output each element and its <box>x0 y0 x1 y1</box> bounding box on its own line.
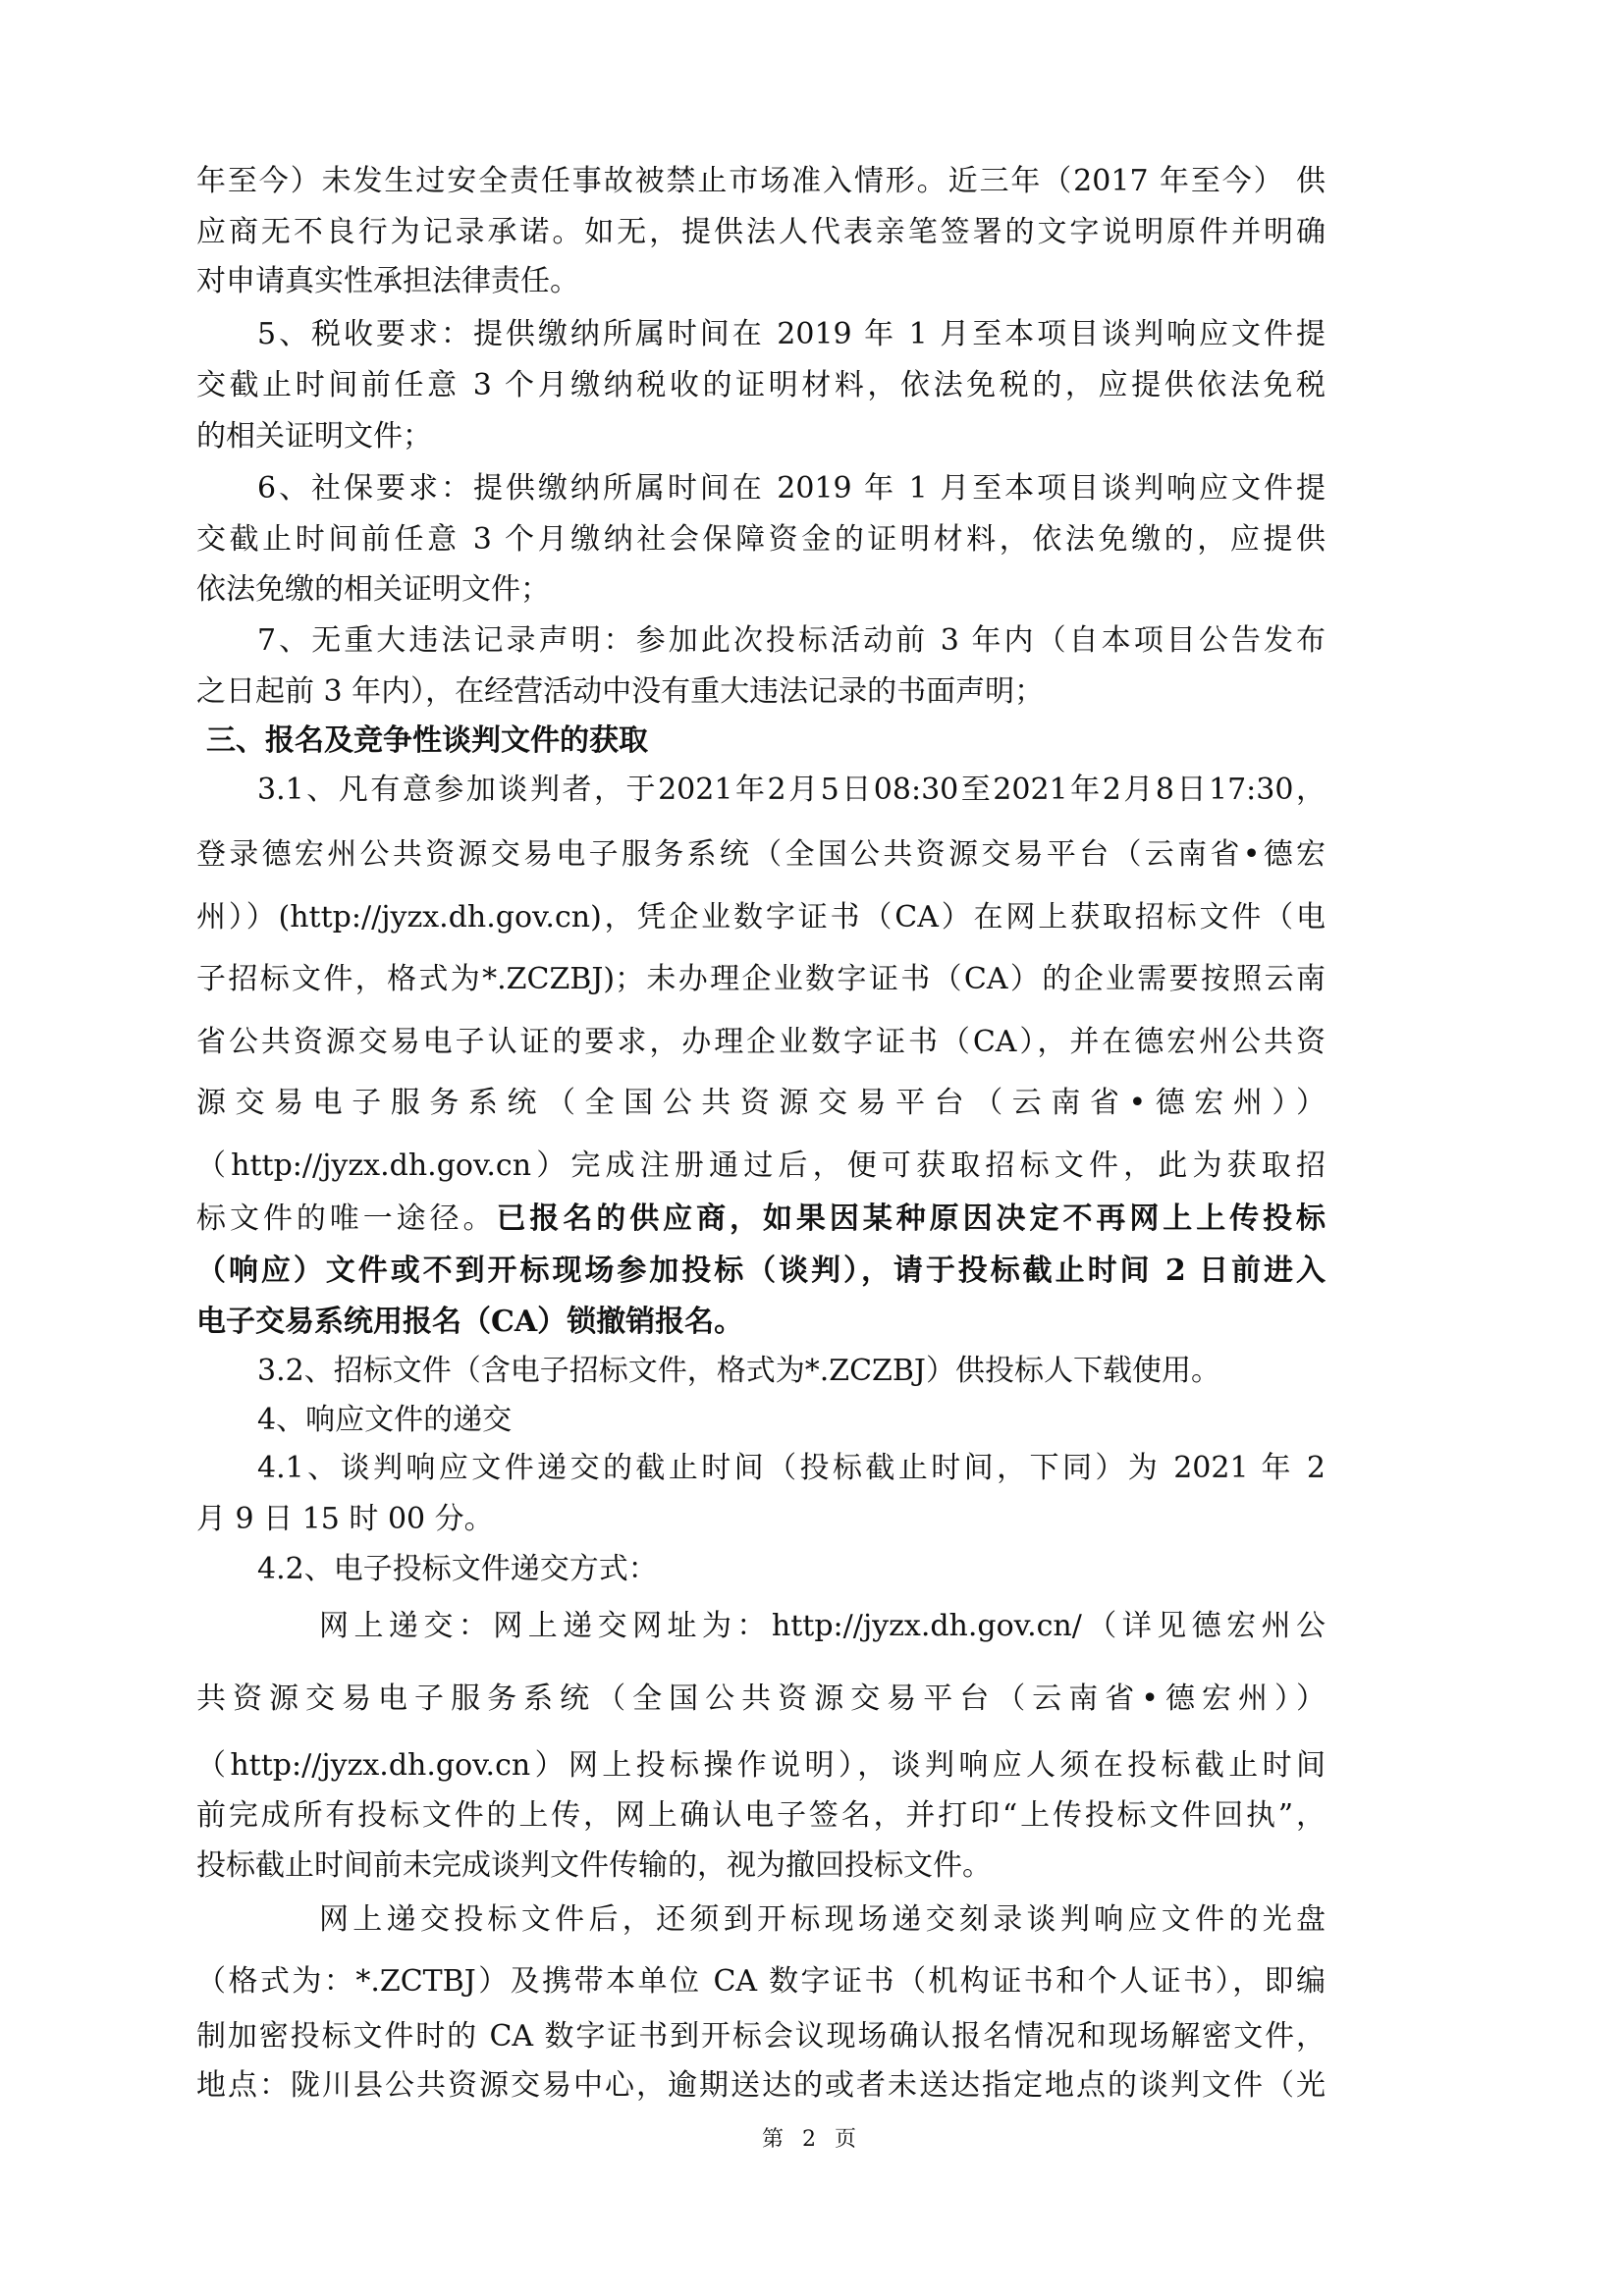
paragraph-line: 地点：陇川县公共资源交易中心，逾期送达的或者未送达指定地点的谈判文件（光 <box>196 2066 1326 2106</box>
paragraph-line: 前完成所有投标文件的上传，网上确认电子签名，并打印“上传投标文件回执”， <box>196 1796 1326 1836</box>
paragraph-line: （http://jyzx.dh.gov.cn）完成注册通过后，便可获取招标文件，… <box>196 1147 1326 1186</box>
social-security-line: 6、社保要求：提供缴纳所属时间在 2019 年 1 月至本项目谈判响应文件提 <box>257 469 1326 508</box>
paragraph-line: 共资源交易电子服务系统（全国公共资源交易平台（云南省•德宏州）） <box>196 1680 1326 1719</box>
paragraph-line: 依法免缴的相关证明文件； <box>196 570 1326 610</box>
paragraph-line: 应商无不良行为记录承诺。如无，提供法人代表亲笔签署的文字说明原件并明确 <box>196 213 1326 252</box>
paragraph-line: 对申请真实性承担法律责任。 <box>196 262 1326 301</box>
paragraph-line: 投标截止时间前未完成谈判文件传输的，视为撤回投标文件。 <box>196 1846 1326 1886</box>
paragraph-line: 制加密投标文件时的 CA 数字证书到开标会议现场确认报名情况和现场解密文件， <box>196 2017 1326 2056</box>
paragraph-line: 交截止时间前任意 3 个月缴纳社会保障资金的证明材料，依法免缴的，应提供 <box>196 520 1326 560</box>
paragraph-line: （格式为：*.ZCTBJ）及携带本单位 CA 数字证书（机构证书和个人证书），即… <box>196 1962 1326 2002</box>
no-violation-line: 7、无重大违法记录声明：参加此次投标活动前 3 年内（自本项目公告发布 <box>257 621 1326 661</box>
deadline-line: 4.1、谈判响应文件递交的截止时间（投标截止时间，下同）为 2021 年 2 <box>257 1449 1326 1488</box>
bold-notice-line: （响应）文件或不到开标现场参加投标（谈判），请于投标截止时间 2 日前进入 <box>196 1252 1326 1291</box>
section-heading: 三、报名及竞争性谈判文件的获取 <box>206 721 1335 761</box>
paragraph-line: 标文件的唯一途径。已报名的供应商，如果因某种原因决定不再网上上传投标 <box>196 1200 1326 1239</box>
paragraph-line: 州））(http://jyzx.dh.gov.cn)，凭企业数字证书（CA）在网… <box>196 898 1326 937</box>
document-page: 年至今）未发生过安全责任事故被禁止市场准入情形。近三年（2017 年至今） 供 … <box>0 0 1624 2296</box>
subsection-heading: 4、响应文件的递交 <box>257 1401 1326 1440</box>
paragraph-line: 登录德宏州公共资源交易电子服务系统（全国公共资源交易平台（云南省•德宏 <box>196 835 1326 875</box>
paragraph-line: 交截止时间前任意 3 个月缴纳税收的证明材料，依法免税的，应提供依法免税 <box>196 366 1326 405</box>
download-line: 3.2、招标文件（含电子招标文件，格式为*.ZCZBJ）供投标人下载使用。 <box>257 1352 1326 1391</box>
page-number: 第 2 页 <box>0 2125 1624 2155</box>
paragraph-line: 子招标文件，格式为*.ZCZBJ)；未办理企业数字证书（CA）的企业需要按照云南 <box>196 960 1326 999</box>
plain-text: 标文件的唯一途径。 <box>196 1201 496 1236</box>
disc-submission-line: 网上递交投标文件后，还须到开标现场递交刻录谈判响应文件的光盘 <box>319 1900 1326 1940</box>
tax-requirement-line: 5、税收要求：提供缴纳所属时间在 2019 年 1 月至本项目谈判响应文件提 <box>257 315 1326 354</box>
online-submission-line: 网上递交：网上递交网址为：http://jyzx.dh.gov.cn/（详见德宏… <box>319 1607 1326 1646</box>
submission-method-line: 4.2、电子投标文件递交方式： <box>257 1550 1326 1589</box>
deadline-line: 月 9 日 15 时 00 分。 <box>196 1500 1326 1539</box>
paragraph-line: 的相关证明文件； <box>196 417 1326 456</box>
bold-notice-text: 已报名的供应商，如果因某种原因决定不再网上上传投标 <box>496 1201 1326 1236</box>
paragraph-line: 省公共资源交易电子认证的要求，办理企业数字证书（CA），并在德宏州公共资 <box>196 1023 1326 1062</box>
registration-line: 3.1、凡有意参加谈判者，于2021年2月5日08:30至2021年2月8日17… <box>257 771 1326 810</box>
bold-notice-line: 电子交易系统用报名（CA）锁撤销报名。 <box>196 1303 1326 1342</box>
paragraph-line: 源交易电子服务系统（全国公共资源交易平台（云南省•德宏州）） <box>196 1084 1326 1123</box>
paragraph-line: 之日起前 3 年内），在经营活动中没有重大违法记录的书面声明； <box>196 672 1326 712</box>
paragraph-line: （http://jyzx.dh.gov.cn）网上投标操作说明），谈判响应人须在… <box>196 1746 1326 1786</box>
paragraph-line: 年至今）未发生过安全责任事故被禁止市场准入情形。近三年（2017 年至今） 供 <box>196 162 1326 201</box>
